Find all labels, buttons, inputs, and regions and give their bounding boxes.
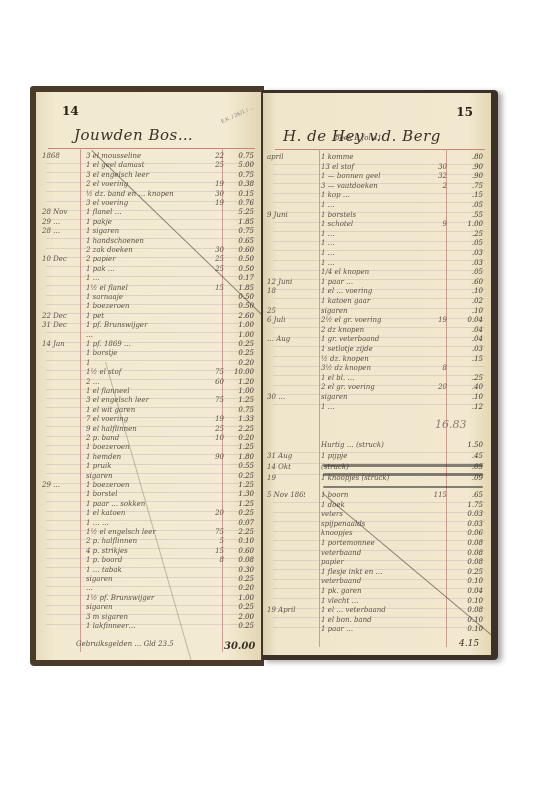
ruled-line — [46, 304, 255, 305]
ruled-line — [46, 511, 255, 512]
ruled-line — [273, 521, 485, 522]
ledger-date: 31 Aug — [267, 452, 305, 460]
ruled-line — [46, 426, 255, 427]
ruled-line — [46, 577, 255, 578]
ruled-line — [273, 385, 485, 386]
ruled-line — [46, 548, 255, 549]
ruled-line — [46, 342, 255, 343]
ruled-line — [46, 229, 255, 230]
ruled-line — [46, 389, 255, 390]
ruled-line — [46, 351, 255, 352]
ruled-line — [273, 298, 485, 299]
page-number: 15 — [456, 105, 473, 119]
ruled-line — [46, 407, 255, 408]
ruled-line — [46, 624, 255, 625]
ruled-line — [273, 588, 485, 589]
ruled-line — [46, 473, 255, 474]
ruled-line — [46, 595, 255, 596]
ruled-line — [273, 231, 485, 232]
ledger-amount: 1.50 — [453, 441, 483, 449]
ruled-line — [273, 212, 485, 213]
ruled-line — [46, 360, 255, 361]
subheading: boek B fol 41 — [335, 134, 455, 142]
footer-note: Gebruiksgelden … Gld 23.5 — [76, 640, 174, 648]
ruled-line — [46, 332, 255, 333]
ruled-line — [46, 567, 255, 568]
ruled-line — [273, 531, 485, 532]
ruled-line — [46, 379, 255, 380]
ruled-line — [273, 375, 485, 376]
ruled-line — [46, 285, 255, 286]
ruled-line — [273, 308, 485, 309]
ruled-line — [46, 172, 255, 173]
ruled-line — [273, 550, 485, 551]
ruled-line — [273, 174, 485, 175]
ruled-line — [273, 560, 485, 561]
ledger-text: 1 boorn — [321, 491, 439, 499]
ruled-line — [46, 266, 255, 267]
ruled-line — [273, 617, 485, 618]
ruled-line — [46, 605, 255, 606]
ink-strike — [323, 473, 483, 476]
subheading-row: boek B fol 41 — [263, 134, 491, 146]
ledger-date: 14 Okt — [267, 463, 305, 471]
ruled-line — [46, 163, 255, 164]
ledger-text: 1 komme — [321, 153, 439, 161]
ledger-date: 1868 — [42, 152, 80, 160]
ruled-line — [273, 279, 485, 280]
ruled-line — [46, 464, 255, 465]
account-name: Jouwden Bos… — [74, 126, 193, 144]
ruled-line — [46, 248, 255, 249]
ruled-line — [46, 313, 255, 314]
ruled-line — [46, 501, 255, 502]
ledger-qty: 22 — [200, 152, 224, 160]
ledger-date: 19 — [267, 474, 305, 482]
ruled-line — [273, 289, 485, 290]
ruled-line — [273, 598, 485, 599]
ruled-line — [46, 530, 255, 531]
ruled-line — [273, 202, 485, 203]
ruled-line — [273, 270, 485, 271]
ledger-text: Hurtig … (struck) — [321, 441, 439, 449]
ruled-line — [273, 356, 485, 357]
ink-strike — [323, 486, 483, 488]
ruled-line — [273, 222, 485, 223]
ruled-line — [273, 183, 485, 184]
ruled-line — [46, 295, 255, 296]
ruled-line — [46, 182, 255, 183]
ledger-text: 3 el mousseline — [86, 152, 204, 160]
ruled-line — [273, 327, 485, 328]
ruled-line — [273, 241, 485, 242]
ledger-text: 1 pijpje — [321, 452, 439, 460]
ruled-line — [46, 201, 255, 202]
ruled-line — [273, 260, 485, 261]
ruled-line — [273, 164, 485, 165]
ruled-line — [273, 608, 485, 609]
ruled-line — [273, 318, 485, 319]
ledger-amount: .45 — [453, 452, 483, 460]
ink-strike — [323, 464, 483, 467]
ledger-qty: 115 — [423, 491, 447, 499]
ruled-line — [273, 627, 485, 628]
ruled-line — [46, 436, 255, 437]
ledger-amount: .80 — [453, 153, 483, 161]
ruled-line — [273, 193, 485, 194]
ruled-line — [46, 483, 255, 484]
ruled-line — [46, 257, 255, 258]
ruled-line — [273, 579, 485, 580]
ruled-line — [46, 539, 255, 540]
ledger-date: april — [267, 153, 305, 161]
ruled-line — [46, 191, 255, 192]
ruled-line — [46, 219, 255, 220]
ruled-line — [273, 394, 485, 395]
ledger-page-right: 15 H. de Hey v.d. Berg boek B fol 41 apr… — [263, 93, 491, 655]
ruled-line — [46, 454, 255, 455]
ruled-line — [46, 492, 255, 493]
ruled-line — [273, 512, 485, 513]
ledger-page-left: 14 E.K. / 26/1 / … Jouwden Bos… 18683 el… — [36, 92, 261, 660]
ruled-line — [46, 398, 255, 399]
ruled-line — [46, 614, 255, 615]
ruled-line — [273, 337, 485, 338]
page-total: 30.00 — [224, 641, 255, 652]
ledger-date: 5 Nov 1869 — [267, 491, 305, 499]
subtotal: 16.83 — [435, 418, 467, 431]
ruled-line — [46, 210, 255, 211]
ruled-line — [273, 366, 485, 367]
page-total: 4.15 — [459, 639, 479, 649]
ruled-line — [46, 445, 255, 446]
page-number: 14 — [62, 104, 79, 118]
ledger-amount: .65 — [453, 491, 483, 499]
ruled-line — [46, 417, 255, 418]
ruled-line — [46, 558, 255, 559]
ruled-line — [273, 346, 485, 347]
ruled-line — [46, 370, 255, 371]
ruled-line — [273, 404, 485, 405]
ruled-line — [273, 250, 485, 251]
header-rule — [275, 149, 485, 150]
ruled-line — [46, 238, 255, 239]
ledger-amount: 0.75 — [224, 152, 254, 160]
ruled-line — [46, 323, 255, 324]
ruled-line — [273, 452, 485, 453]
ruled-line — [46, 586, 255, 587]
stamp-mark: E.K. / 26/1 / … — [220, 105, 255, 125]
ruled-line — [273, 569, 485, 570]
ruled-line — [273, 502, 485, 503]
